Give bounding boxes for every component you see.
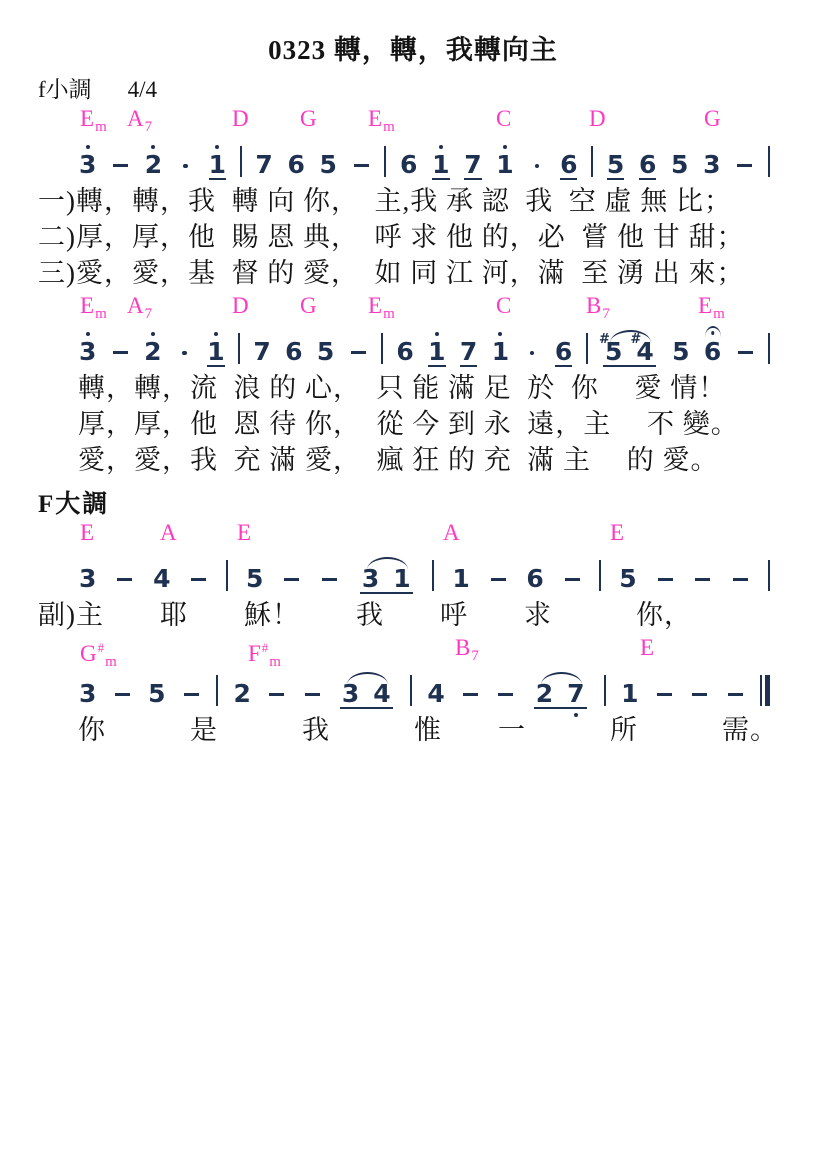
dash-extension xyxy=(735,341,756,368)
note-digit: 5 xyxy=(670,142,689,181)
barline xyxy=(586,333,588,364)
note-digit: 6 xyxy=(525,556,544,595)
note-digit: 4 xyxy=(372,671,391,710)
dash-extension xyxy=(110,154,131,181)
note-digit: 3 xyxy=(78,142,97,181)
barline xyxy=(604,675,606,706)
chord-row: G#mF#mB7E xyxy=(0,635,826,664)
note-digit: 5 xyxy=(606,142,625,181)
barline xyxy=(591,146,593,177)
note-digit: 2 xyxy=(232,671,251,710)
chord-label: E xyxy=(640,635,654,661)
octave-dot-above xyxy=(439,145,443,149)
octave-dot-above xyxy=(215,145,219,149)
barline xyxy=(226,560,228,591)
barline xyxy=(768,560,770,591)
octave-dot-above xyxy=(214,332,218,336)
note-digit: 6 xyxy=(284,329,303,368)
chorus-lyrics-block-1: 副)主 耶 穌！ 我 呼 求 你， xyxy=(38,597,826,633)
augmentation-dot xyxy=(175,341,194,369)
note-digit: 1 xyxy=(495,142,514,181)
note-digit: 3 xyxy=(78,556,97,595)
chord-label: E xyxy=(80,520,94,546)
barline xyxy=(410,675,412,706)
dash-extension xyxy=(734,154,755,181)
note-digit: #4 xyxy=(635,329,654,368)
barline xyxy=(768,333,770,364)
chord-label: C xyxy=(496,106,511,132)
note-digit: 6 xyxy=(559,142,578,181)
chord-label: Em xyxy=(368,293,395,327)
dash-extension xyxy=(319,568,340,595)
notation-row: 34531165 xyxy=(78,549,770,595)
octave-dot-above xyxy=(151,145,155,149)
dash-extension xyxy=(112,683,133,710)
dash-extension xyxy=(562,568,583,595)
chord-label: A7 xyxy=(127,106,152,140)
slur-note-pair: 31 xyxy=(357,556,416,595)
note-digit: 3 xyxy=(78,671,97,710)
note-digit: #5 xyxy=(604,329,623,368)
chord-label: B7 xyxy=(455,635,479,669)
augmentation-dot xyxy=(527,154,546,182)
lyric-line-verse-3: 三)愛，愛，基 督 的 愛， 如 同 江 河，滿 至 湧 出 來； xyxy=(38,255,826,291)
dash-extension xyxy=(181,683,202,710)
lyric-line-verse-3b: 愛，愛，我 充 滿 愛， 瘋 狂 的 充 滿 主 的 愛。 xyxy=(78,442,826,478)
note-digit: 1 xyxy=(620,671,639,710)
chord-quality: 7 xyxy=(471,648,479,664)
final-barline xyxy=(760,675,770,706)
lyric-line-verse-1: 一)轉，轉，我 轉 向 你， 主,我 承 認 我 空 虛 無 比； xyxy=(38,183,826,219)
note-digit: 7 xyxy=(566,671,585,710)
sharp-sign: # xyxy=(98,640,105,655)
note-digit: 3 xyxy=(361,556,380,595)
note-digit: 7 xyxy=(459,329,478,368)
chord-label: Em xyxy=(698,293,725,327)
barline xyxy=(384,146,386,177)
note-digit: 3 xyxy=(78,329,97,368)
chord-quality: m xyxy=(95,119,107,135)
barline xyxy=(599,560,601,591)
octave-dot-below xyxy=(574,713,578,717)
chord-label: G xyxy=(300,293,317,319)
chord-quality: m xyxy=(383,119,395,135)
note-digit: 6 xyxy=(399,142,418,181)
dash-extension xyxy=(348,341,369,368)
time-signature: 4/4 xyxy=(128,77,157,102)
dash-extension xyxy=(689,683,710,710)
sheet-music-page: 0323 轉，轉，我轉向主 f小調4/4 EmA7DGEmCDG 3217656… xyxy=(0,0,826,1169)
note-digit: 5 xyxy=(319,142,338,181)
octave-dot-above xyxy=(86,332,90,336)
lyric-line-chorus-1: 副)主 耶 穌！ 我 呼 求 你， xyxy=(38,597,826,633)
octave-dot-above xyxy=(498,332,502,336)
dash-extension xyxy=(188,568,209,595)
chord-quality: m xyxy=(105,654,117,670)
note-digit: 1 xyxy=(451,556,470,595)
dash-extension xyxy=(654,683,675,710)
system-verse-1: EmA7DGEmCDG 321765617165653 一)轉，轉，我 轉 向 … xyxy=(0,106,826,291)
song-title: 0323 轉，轉，我轉向主 xyxy=(0,28,826,67)
note-digit: 6 xyxy=(286,142,305,181)
chord-label: A xyxy=(160,520,177,546)
barline xyxy=(240,146,242,177)
notation-row: 321765617165653 xyxy=(78,135,770,181)
augmentation-dot xyxy=(522,341,541,369)
sharp-accidental: # xyxy=(599,333,610,346)
barline xyxy=(768,146,770,177)
note-digit: 5 xyxy=(618,556,637,595)
chord-label: G xyxy=(300,106,317,132)
dash-extension xyxy=(110,341,131,368)
note-digit: 5 xyxy=(147,671,166,710)
chorus-lyrics-block-2: 你 是 我 惟 一 所 需。 xyxy=(78,712,826,748)
dash-extension xyxy=(488,568,509,595)
system-chorus-1: EAEAE 34531165 副)主 耶 穌！ 我 呼 求 你， xyxy=(0,520,826,633)
octave-dot-above xyxy=(86,145,90,149)
note-digit: 7 xyxy=(463,142,482,181)
note-digit: 2 xyxy=(143,329,162,368)
verse-lyrics-block-2: 轉，轉，流 浪 的 心， 只 能 滿 足 於 你 愛 情！ 厚，厚，他 恩 待 … xyxy=(78,370,826,478)
lyric-line-chorus-2: 你 是 我 惟 一 所 需。 xyxy=(78,712,826,748)
sharp-accidental: # xyxy=(630,333,641,346)
note-digit: 1 xyxy=(206,329,225,368)
note-digit: 7 xyxy=(252,329,271,368)
barline xyxy=(216,675,218,706)
augmentation-dot xyxy=(176,154,195,182)
dash-extension xyxy=(351,154,372,181)
dash-extension xyxy=(730,568,751,595)
octave-dot-above xyxy=(503,145,507,149)
minor-key-label: f小調 xyxy=(38,77,92,102)
note-digit: 2 xyxy=(535,671,554,710)
note-digit: 4 xyxy=(152,556,171,595)
note-digit: 1 xyxy=(208,142,227,181)
dash-extension xyxy=(114,568,135,595)
note-digit: 1 xyxy=(431,142,450,181)
slur-note-pair: 34 xyxy=(337,671,396,710)
chord-label: B7 xyxy=(586,293,610,327)
chord-label: G xyxy=(704,106,721,132)
chord-label: G#m xyxy=(80,635,117,675)
lyric-line-verse-2: 二)厚，厚，他 賜 恩 典， 呼 求 他 的，必 嘗 他 甘 甜； xyxy=(38,219,826,255)
octave-dot-above xyxy=(435,332,439,336)
chord-row: EmA7DGEmCB7Em xyxy=(0,293,826,322)
chord-quality: m xyxy=(383,306,395,322)
chord-label: Em xyxy=(80,106,107,140)
system-chorus-2: G#mF#mB7E 352344271 你 是 我 惟 一 所 需。 xyxy=(0,635,826,748)
dash-extension xyxy=(460,683,481,710)
chord-row: EAEAE xyxy=(0,520,826,549)
chord-label: E xyxy=(237,520,251,546)
system-verse-2: EmA7DGEmCB7Em 32176561716#5#456 轉，轉，流 浪 … xyxy=(0,293,826,478)
octave-dot-above xyxy=(151,332,155,336)
chord-label: Em xyxy=(368,106,395,140)
key-signature-line: f小調4/4 xyxy=(38,71,826,104)
barline xyxy=(432,560,434,591)
chord-row: EmA7DGEmCDG xyxy=(0,106,826,135)
note-digit: 5 xyxy=(316,329,335,368)
chord-label: A xyxy=(443,520,460,546)
barline xyxy=(381,333,383,364)
dash-extension xyxy=(266,683,287,710)
chord-quality: 7 xyxy=(602,306,610,322)
notation-row: 352344271 xyxy=(78,664,770,710)
note-digit: 6 xyxy=(395,329,414,368)
note-digit: 1 xyxy=(392,556,411,595)
dash-extension xyxy=(692,568,713,595)
note-digit: 4 xyxy=(426,671,445,710)
chord-label: F#m xyxy=(248,635,281,675)
dash-extension xyxy=(495,683,516,710)
chord-quality: m xyxy=(95,306,107,322)
note-digit: 3 xyxy=(702,142,721,181)
chord-label: A7 xyxy=(127,293,152,327)
chord-label: Em xyxy=(80,293,107,327)
note-digit: 2 xyxy=(144,142,163,181)
chord-quality: m xyxy=(713,306,725,322)
chord-label: E xyxy=(610,520,624,546)
note-digit: 5 xyxy=(671,329,690,368)
barline xyxy=(238,333,240,364)
chord-label: D xyxy=(232,106,249,132)
chord-label: C xyxy=(496,293,511,319)
dash-extension xyxy=(725,683,746,710)
chord-quality: m xyxy=(269,654,281,670)
dash-extension xyxy=(302,683,323,710)
dash-extension xyxy=(655,568,676,595)
chord-quality: 7 xyxy=(145,119,153,135)
notation-row: 32176561716#5#456 xyxy=(78,322,770,368)
sharp-sign: # xyxy=(262,640,269,655)
note-digit: 3 xyxy=(341,671,360,710)
slur-note-pair: #5#4 xyxy=(600,329,659,368)
chord-quality: 7 xyxy=(145,306,153,322)
note-digit: 6 xyxy=(554,329,573,368)
note-digit: 1 xyxy=(491,329,510,368)
note-digit: 7 xyxy=(254,142,273,181)
lyric-line-verse-1b: 轉，轉，流 浪 的 心， 只 能 滿 足 於 你 愛 情！ xyxy=(78,370,826,406)
fermata-icon xyxy=(705,326,721,337)
note-digit: 1 xyxy=(427,329,446,368)
major-key-heading: F大調 xyxy=(38,484,826,520)
slur-note-pair: 27 xyxy=(531,671,590,710)
note-digit: 6 xyxy=(638,142,657,181)
verse-lyrics-block: 一)轉，轉，我 轉 向 你， 主,我 承 認 我 空 虛 無 比； 二)厚，厚，… xyxy=(38,183,826,291)
dash-extension xyxy=(281,568,302,595)
chord-label: D xyxy=(589,106,606,132)
note-digit: 6 xyxy=(703,329,722,368)
lyric-line-verse-2b: 厚，厚，他 恩 待 你， 從 今 到 永 遠，主 不 變。 xyxy=(78,406,826,442)
note-digit: 5 xyxy=(245,556,264,595)
chord-label: D xyxy=(232,293,249,319)
